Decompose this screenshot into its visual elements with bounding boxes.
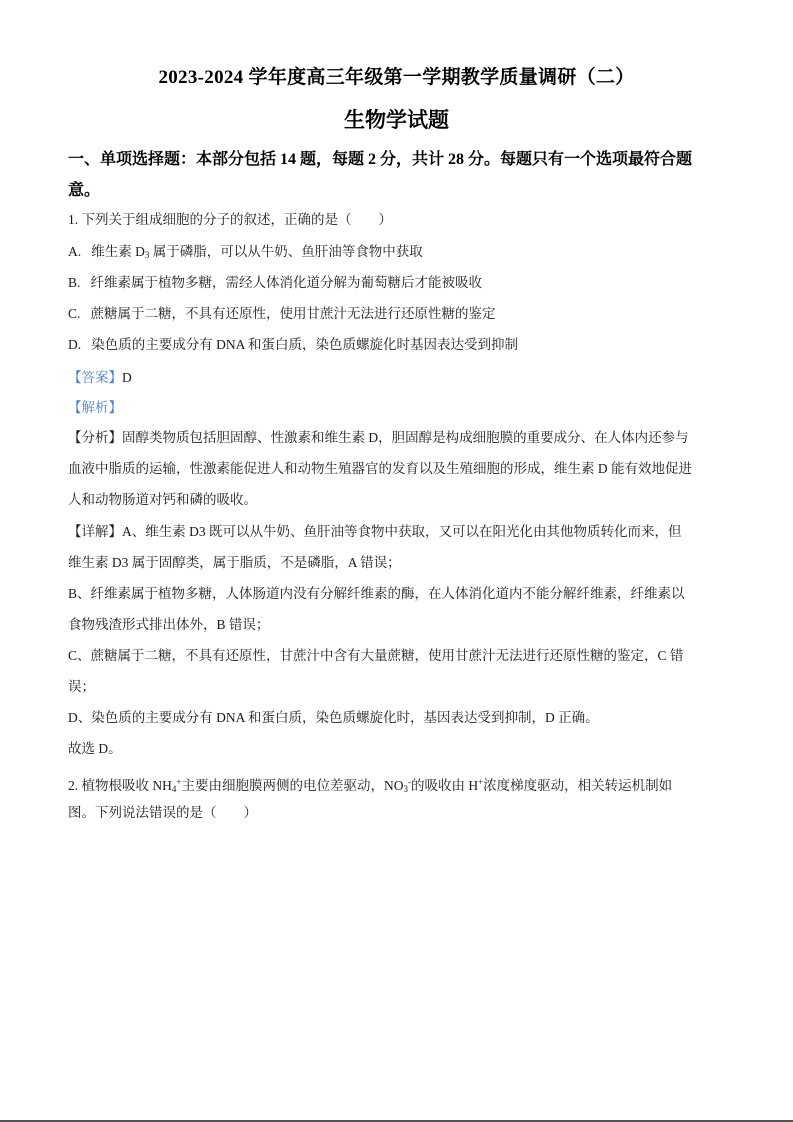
- analysis-line-1: 【分析】固醇类物质包括胆固醇、性激素和维生素 D，胆固醇是构成细胞膜的重要成分、…: [68, 428, 728, 448]
- detail-line-2: 维生素 D3 属于固醇类，属于脂质，不是磷脂，A 错误；: [68, 553, 728, 573]
- option-label: C.: [68, 306, 80, 321]
- answer-tag: 【答案】: [68, 370, 122, 385]
- section-heading-line-1: 一、单项选择题：本部分包括 14 题，每题 2 分，共计 28 分。每题只有一个…: [68, 144, 728, 175]
- option-text-post: 属于磷脂，可以从牛奶、鱼肝油等食物中获取: [149, 244, 422, 259]
- question-1-option-b: B. 纤维素属于植物多糖，需经人体消化道分解为葡萄糖后才能被吸收: [68, 273, 728, 293]
- analysis-tag: 【解析】: [68, 400, 122, 415]
- detail-line-8: 故选 D。: [68, 739, 728, 759]
- answer-row: 【答案】D: [68, 368, 728, 388]
- detail-line-5: C、蔗糖属于二糖，不具有还原性，甘蔗汁中含有大量蔗糖，使用甘蔗汁无法进行还原性糖…: [68, 646, 728, 666]
- question-2-stem-line-1: 2. 植物根吸收 NH4+主要由细胞膜两侧的电位差驱动，NO3-的吸收由 H+浓…: [68, 772, 728, 799]
- option-label: B.: [68, 275, 80, 290]
- option-text-pre: 维生素 D: [91, 244, 145, 259]
- question-1-stem: 1. 下列关于组成细胞的分子的叙述，正确的是（ ）: [68, 210, 728, 230]
- stem-text: 2. 植物根吸收 NH: [68, 778, 172, 793]
- option-text: 蔗糖属于二糖，不具有还原性，使用甘蔗汁无法进行还原性糖的鉴定: [91, 306, 496, 321]
- stem-text: 主要由细胞膜两侧的电位差驱动，NO: [181, 778, 403, 793]
- question-1-option-a: A. 维生素 D3 属于磷脂，可以从牛奶、鱼肝油等食物中获取: [68, 242, 728, 265]
- detail-line-3: B、纤维素属于植物多糖，人体肠道内没有分解纤维素的酶，在人体消化道内不能分解纤维…: [68, 584, 728, 604]
- answer-value: D: [122, 370, 132, 385]
- analysis-line-2: 血液中脂质的运输，性激素能促进人和动物生殖器官的发育以及生殖细胞的形成，维生素 …: [68, 459, 728, 479]
- stem-text: 浓度梯度驱动，相关转运机制如: [483, 778, 672, 793]
- document-page: 2023-2024 学年度高三年级第一学期教学质量调研（二） 生物学试题 一、单…: [0, 0, 793, 1122]
- detail-line-6: 误；: [68, 677, 728, 697]
- question-1-option-d: D. 染色质的主要成分有 DNA 和蛋白质，染色质螺旋化时基因表达受到抑制: [68, 335, 728, 355]
- question-2-stem-line-2: 图。下列说法错误的是（ ）: [68, 803, 728, 823]
- section-heading: 一、单项选择题：本部分包括 14 题，每题 2 分，共计 28 分。每题只有一个…: [68, 144, 728, 206]
- option-label: A.: [68, 244, 81, 259]
- analysis-line-3: 人和动物肠道对钙和磷的吸收。: [68, 490, 728, 510]
- exam-title: 2023-2024 学年度高三年级第一学期教学质量调研（二）: [0, 62, 793, 89]
- stem-text: 的吸收由 H: [411, 778, 478, 793]
- detail-line-7: D、染色质的主要成分有 DNA 和蛋白质，染色质螺旋化时，基因表达受到抑制，D …: [68, 708, 728, 728]
- option-text: 染色质的主要成分有 DNA 和蛋白质，染色质螺旋化时基因表达受到抑制: [91, 337, 518, 352]
- option-label: D.: [68, 337, 81, 352]
- detail-line-1: 【详解】A、维生素 D3 既可以从牛奶、鱼肝油等食物中获取，又可以在阳光化由其他…: [68, 522, 728, 542]
- detail-line-4: 食物残渣形式排出体外，B 错误；: [68, 615, 728, 635]
- option-text: 纤维素属于植物多糖，需经人体消化道分解为葡萄糖后才能被吸收: [91, 275, 483, 290]
- question-1-option-c: C. 蔗糖属于二糖，不具有还原性，使用甘蔗汁无法进行还原性糖的鉴定: [68, 304, 728, 324]
- section-heading-line-2: 意。: [68, 175, 728, 206]
- exam-subject-title: 生物学试题: [0, 104, 793, 134]
- analysis-tag-row: 【解析】: [68, 398, 728, 418]
